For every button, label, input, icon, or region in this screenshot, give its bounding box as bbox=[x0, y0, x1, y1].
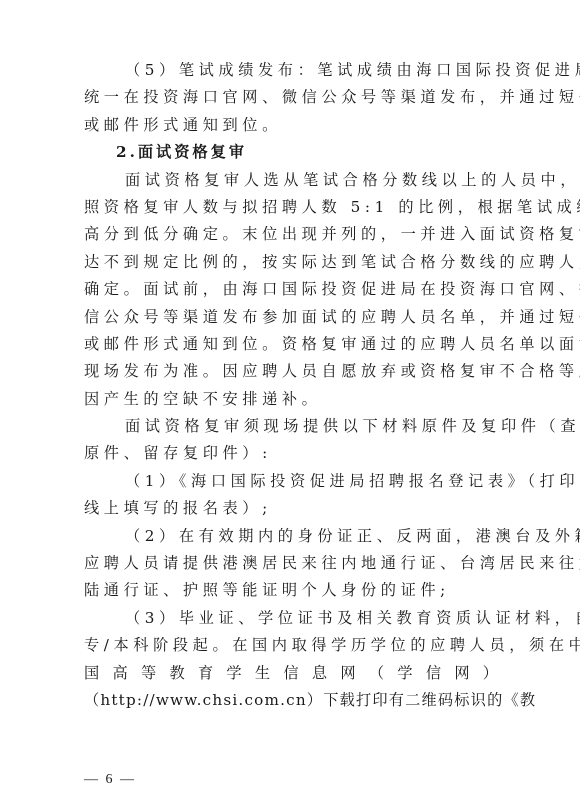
paragraph-line: 因产生的空缺不安排递补。 bbox=[84, 386, 498, 413]
list-item-line: 专/本科阶段起。在国内取得学历学位的应聘人员，须在中 bbox=[84, 632, 498, 659]
paragraph-line: （5）笔试成绩发布：笔试成绩由海口国际投资促进局 bbox=[84, 57, 498, 84]
list-item-line: 陆通行证、护照等能证明个人身份的证件; bbox=[84, 577, 498, 604]
list-item-line: （2）在有效期内的身份证正、反两面，港澳台及外籍 bbox=[84, 523, 498, 550]
paragraph-line: 统一在投资海口官网、微信公众号等渠道发布，并通过短信 bbox=[84, 84, 498, 111]
section-heading: 2.面试资格复审 bbox=[84, 139, 498, 166]
list-item-line: （1）《海口国际投资促进局招聘报名登记表》（打印 bbox=[84, 468, 498, 495]
list-item-line: （http://www.chsi.com.cn）下载打印有二维码标识的《教 bbox=[84, 687, 498, 714]
paragraph-line: 高分到低分确定。末位出现并列的，一并进入面试资格复审; bbox=[84, 221, 498, 248]
list-item-line: 线上填写的报名表）; bbox=[84, 495, 498, 522]
paragraph-line: 达不到规定比例的，按实际达到笔试合格分数线的应聘人员 bbox=[84, 249, 498, 276]
paragraph-line: 现场发布为准。因应聘人员自愿放弃或资格复审不合格等原 bbox=[84, 358, 498, 385]
paragraph-line: 信公众号等渠道发布参加面试的应聘人员名单，并通过短信 bbox=[84, 304, 498, 331]
page-number: — 6 — bbox=[84, 772, 136, 788]
paragraph-line: 或邮件形式通知到位。 bbox=[84, 112, 498, 139]
paragraph-line: 或邮件形式通知到位。资格复审通过的应聘人员名单以面试 bbox=[84, 331, 498, 358]
paragraph-line: 面试资格复审人选从笔试合格分数线以上的人员中，按 bbox=[84, 167, 498, 194]
paragraph-line: 面试资格复审须现场提供以下材料原件及复印件（查验 bbox=[84, 413, 498, 440]
list-item-line: 国 高 等 教 育 学 生 信 息 网 （ 学 信 网 ） bbox=[84, 660, 498, 687]
document-page: （5）笔试成绩发布：笔试成绩由海口国际投资促进局 统一在投资海口官网、微信公众号… bbox=[84, 57, 498, 714]
paragraph-line: 确定。面试前，由海口国际投资促进局在投资海口官网、微 bbox=[84, 276, 498, 303]
list-item-line: 应聘人员请提供港澳居民来往内地通行证、台湾居民来往大 bbox=[84, 550, 498, 577]
paragraph-line: 原件、留存复印件）: bbox=[84, 440, 498, 467]
list-item-line: （3）毕业证、学位证书及相关教育资质认证材料，自 bbox=[84, 605, 498, 632]
paragraph-line: 照资格复审人数与拟招聘人数 5:1 的比例，根据笔试成绩由 bbox=[84, 194, 498, 221]
